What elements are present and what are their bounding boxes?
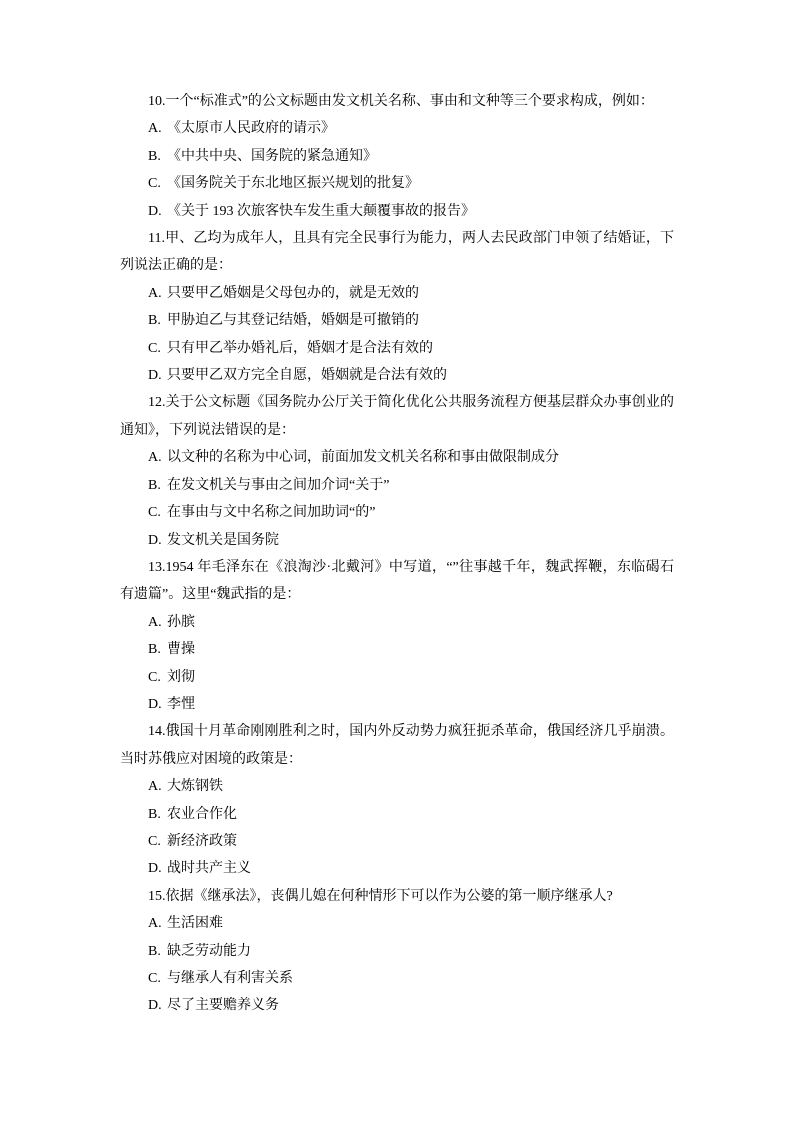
option-row: B.《中共中央、国务院的紧急通知》 bbox=[120, 143, 674, 170]
option-row: C.《国务院关于东北地区振兴规划的批复》 bbox=[120, 170, 674, 197]
option-text: 只要甲乙婚姻是父母包办的，就是无效的 bbox=[167, 286, 419, 301]
option-text: 尽了主要赡养义务 bbox=[167, 998, 279, 1013]
option-label: A. bbox=[148, 444, 167, 471]
option-label: D. bbox=[148, 527, 167, 554]
option-label: C. bbox=[148, 499, 167, 526]
option-text: 只有甲乙举办婚礼后，婚姻才是合法有效的 bbox=[167, 341, 433, 356]
option-label: B. bbox=[148, 636, 167, 663]
option-row: C.只有甲乙举办婚礼后，婚姻才是合法有效的 bbox=[120, 335, 674, 362]
option-label: C. bbox=[148, 170, 167, 197]
questions-list: 10.一个“标准式”的公文标题由发文机关名称、事由和文种等三个要求构成，例如： … bbox=[120, 88, 674, 1020]
option-row: C.刘彻 bbox=[120, 664, 674, 691]
option-label: A. bbox=[148, 609, 167, 636]
question-block: 12.关于公文标题《国务院办公厅关于简化优化公共服务流程方便基层群众办事创业的通… bbox=[120, 389, 674, 553]
option-row: C.在事由与文中名称之间加助词“的” bbox=[120, 499, 674, 526]
option-label: C. bbox=[148, 664, 167, 691]
option-row: C.新经济政策 bbox=[120, 828, 674, 855]
option-row: A.生活困难 bbox=[120, 910, 674, 937]
option-text: 甲胁迫乙与其登记结婚，婚姻是可撤销的 bbox=[167, 313, 419, 328]
option-row: D.只要甲乙双方完全自愿，婚姻就是合法有效的 bbox=[120, 362, 674, 389]
option-row: B.曹操 bbox=[120, 636, 674, 663]
option-label: D. bbox=[148, 992, 167, 1019]
question-stem-text: 一个“标准式”的公文标题由发文机关名称、事由和文种等三个要求构成，例如： bbox=[166, 94, 654, 109]
option-label: C. bbox=[148, 828, 167, 855]
option-text: 与继承人有利害关系 bbox=[167, 971, 293, 986]
option-row: A.以文种的名称为中心词，前面加发文机关名称和事由做限制成分 bbox=[120, 444, 674, 471]
question-stem: 15.依据《继承法》，丧偶儿媳在何种情形下可以作为公婆的第一顺序继承人? bbox=[120, 883, 674, 910]
option-label: B. bbox=[148, 307, 167, 334]
option-text: 缺乏劳动能力 bbox=[167, 944, 251, 959]
question-stem: 14.俄国十月革命刚刚胜利之时，国内外反动势力疯狂扼杀革命，俄国经济几乎崩溃。当… bbox=[120, 718, 674, 773]
option-row: C.与继承人有利害关系 bbox=[120, 965, 674, 992]
option-text: 刘彻 bbox=[167, 670, 195, 685]
option-label: A. bbox=[148, 773, 167, 800]
option-text: 以文种的名称为中心词，前面加发文机关名称和事由做限制成分 bbox=[167, 450, 559, 465]
option-label: B. bbox=[148, 472, 167, 499]
option-row: B.甲胁迫乙与其登记结婚，婚姻是可撤销的 bbox=[120, 307, 674, 334]
question-block: 15.依据《继承法》，丧偶儿媳在何种情形下可以作为公婆的第一顺序继承人? A.生… bbox=[120, 883, 674, 1020]
option-row: D.战时共产主义 bbox=[120, 855, 674, 882]
question-stem-text: 甲、乙均为成年人，且具有完全民事行为能力，两人去民政部门申领了结婚证，下列说法正… bbox=[120, 231, 674, 273]
option-text: 大炼钢铁 bbox=[167, 779, 223, 794]
question-number: 13. bbox=[148, 560, 166, 575]
option-row: A.大炼钢铁 bbox=[120, 773, 674, 800]
option-text: 只要甲乙双方完全自愿，婚姻就是合法有效的 bbox=[167, 368, 447, 383]
option-label: B. bbox=[148, 938, 167, 965]
option-text: 《中共中央、国务院的紧急通知》 bbox=[167, 149, 377, 164]
option-row: B.缺乏劳动能力 bbox=[120, 938, 674, 965]
option-label: A. bbox=[148, 115, 167, 142]
question-number: 14. bbox=[148, 724, 166, 739]
question-stem-text: 俄国十月革命刚刚胜利之时，国内外反动势力疯狂扼杀革命，俄国经济几乎崩溃。当时苏俄… bbox=[120, 724, 674, 766]
question-block: 11.甲、乙均为成年人，且具有完全民事行为能力，两人去民政部门申领了结婚证，下列… bbox=[120, 225, 674, 389]
option-label: B. bbox=[148, 801, 167, 828]
option-label: C. bbox=[148, 965, 167, 992]
option-text: 孙膑 bbox=[167, 615, 195, 630]
question-number: 15. bbox=[148, 889, 166, 904]
question-number: 10. bbox=[148, 94, 166, 109]
option-label: D. bbox=[148, 855, 167, 882]
option-text: 《关于 193 次旅客快车发生重大颠覆事故的报告》 bbox=[167, 204, 475, 219]
option-text: 新经济政策 bbox=[167, 834, 237, 849]
question-stem: 11.甲、乙均为成年人，且具有完全民事行为能力，两人去民政部门申领了结婚证，下列… bbox=[120, 225, 674, 280]
question-stem: 10.一个“标准式”的公文标题由发文机关名称、事由和文种等三个要求构成，例如： bbox=[120, 88, 674, 115]
option-row: D.发文机关是国务院 bbox=[120, 527, 674, 554]
option-label: D. bbox=[148, 691, 167, 718]
option-text: 《国务院关于东北地区振兴规划的批复》 bbox=[167, 176, 419, 191]
option-text: 发文机关是国务院 bbox=[167, 533, 279, 548]
question-number: 12. bbox=[148, 395, 166, 410]
option-row: B.农业合作化 bbox=[120, 801, 674, 828]
question-block: 14.俄国十月革命刚刚胜利之时，国内外反动势力疯狂扼杀革命，俄国经济几乎崩溃。当… bbox=[120, 718, 674, 882]
option-label: C. bbox=[148, 335, 167, 362]
option-text: 李悝 bbox=[167, 697, 195, 712]
option-text: 生活困难 bbox=[167, 916, 223, 931]
option-row: D.《关于 193 次旅客快车发生重大颠覆事故的报告》 bbox=[120, 198, 674, 225]
option-label: A. bbox=[148, 910, 167, 937]
question-stem-text: 关于公文标题《国务院办公厅关于简化优化公共服务流程方便基层群众办事创业的通知》，… bbox=[120, 395, 674, 437]
question-block: 13.1954 年毛泽东在《浪淘沙·北戴河》中写道，“”往事越千年，魏武挥鞭，东… bbox=[120, 554, 674, 718]
option-row: A.只要甲乙婚姻是父母包办的，就是无效的 bbox=[120, 280, 674, 307]
question-stem-text: 依据《继承法》，丧偶儿媳在何种情形下可以作为公婆的第一顺序继承人? bbox=[166, 889, 613, 904]
option-text: 在发文机关与事由之间加介词“关于” bbox=[167, 478, 389, 493]
question-stem: 12.关于公文标题《国务院办公厅关于简化优化公共服务流程方便基层群众办事创业的通… bbox=[120, 389, 674, 444]
option-text: 曹操 bbox=[167, 642, 195, 657]
option-text: 《太原市人民政府的请示》 bbox=[167, 121, 335, 136]
option-row: A.孙膑 bbox=[120, 609, 674, 636]
question-block: 10.一个“标准式”的公文标题由发文机关名称、事由和文种等三个要求构成，例如： … bbox=[120, 88, 674, 225]
option-text: 农业合作化 bbox=[167, 807, 237, 822]
option-label: B. bbox=[148, 143, 167, 170]
option-text: 在事由与文中名称之间加助词“的” bbox=[167, 505, 375, 520]
option-text: 战时共产主义 bbox=[167, 861, 251, 876]
option-row: B.在发文机关与事由之间加介词“关于” bbox=[120, 472, 674, 499]
document-page: 10.一个“标准式”的公文标题由发文机关名称、事由和文种等三个要求构成，例如： … bbox=[0, 0, 794, 1123]
question-stem: 13.1954 年毛泽东在《浪淘沙·北戴河》中写道，“”往事越千年，魏武挥鞭，东… bbox=[120, 554, 674, 609]
option-row: A.《太原市人民政府的请示》 bbox=[120, 115, 674, 142]
question-number: 11. bbox=[148, 231, 165, 246]
option-label: D. bbox=[148, 198, 167, 225]
option-label: A. bbox=[148, 280, 167, 307]
option-label: D. bbox=[148, 362, 167, 389]
option-row: D.尽了主要赡养义务 bbox=[120, 992, 674, 1019]
question-stem-text: 1954 年毛泽东在《浪淘沙·北戴河》中写道，“”往事越千年，魏武挥鞭，东临碣石… bbox=[120, 560, 674, 602]
option-row: D.李悝 bbox=[120, 691, 674, 718]
